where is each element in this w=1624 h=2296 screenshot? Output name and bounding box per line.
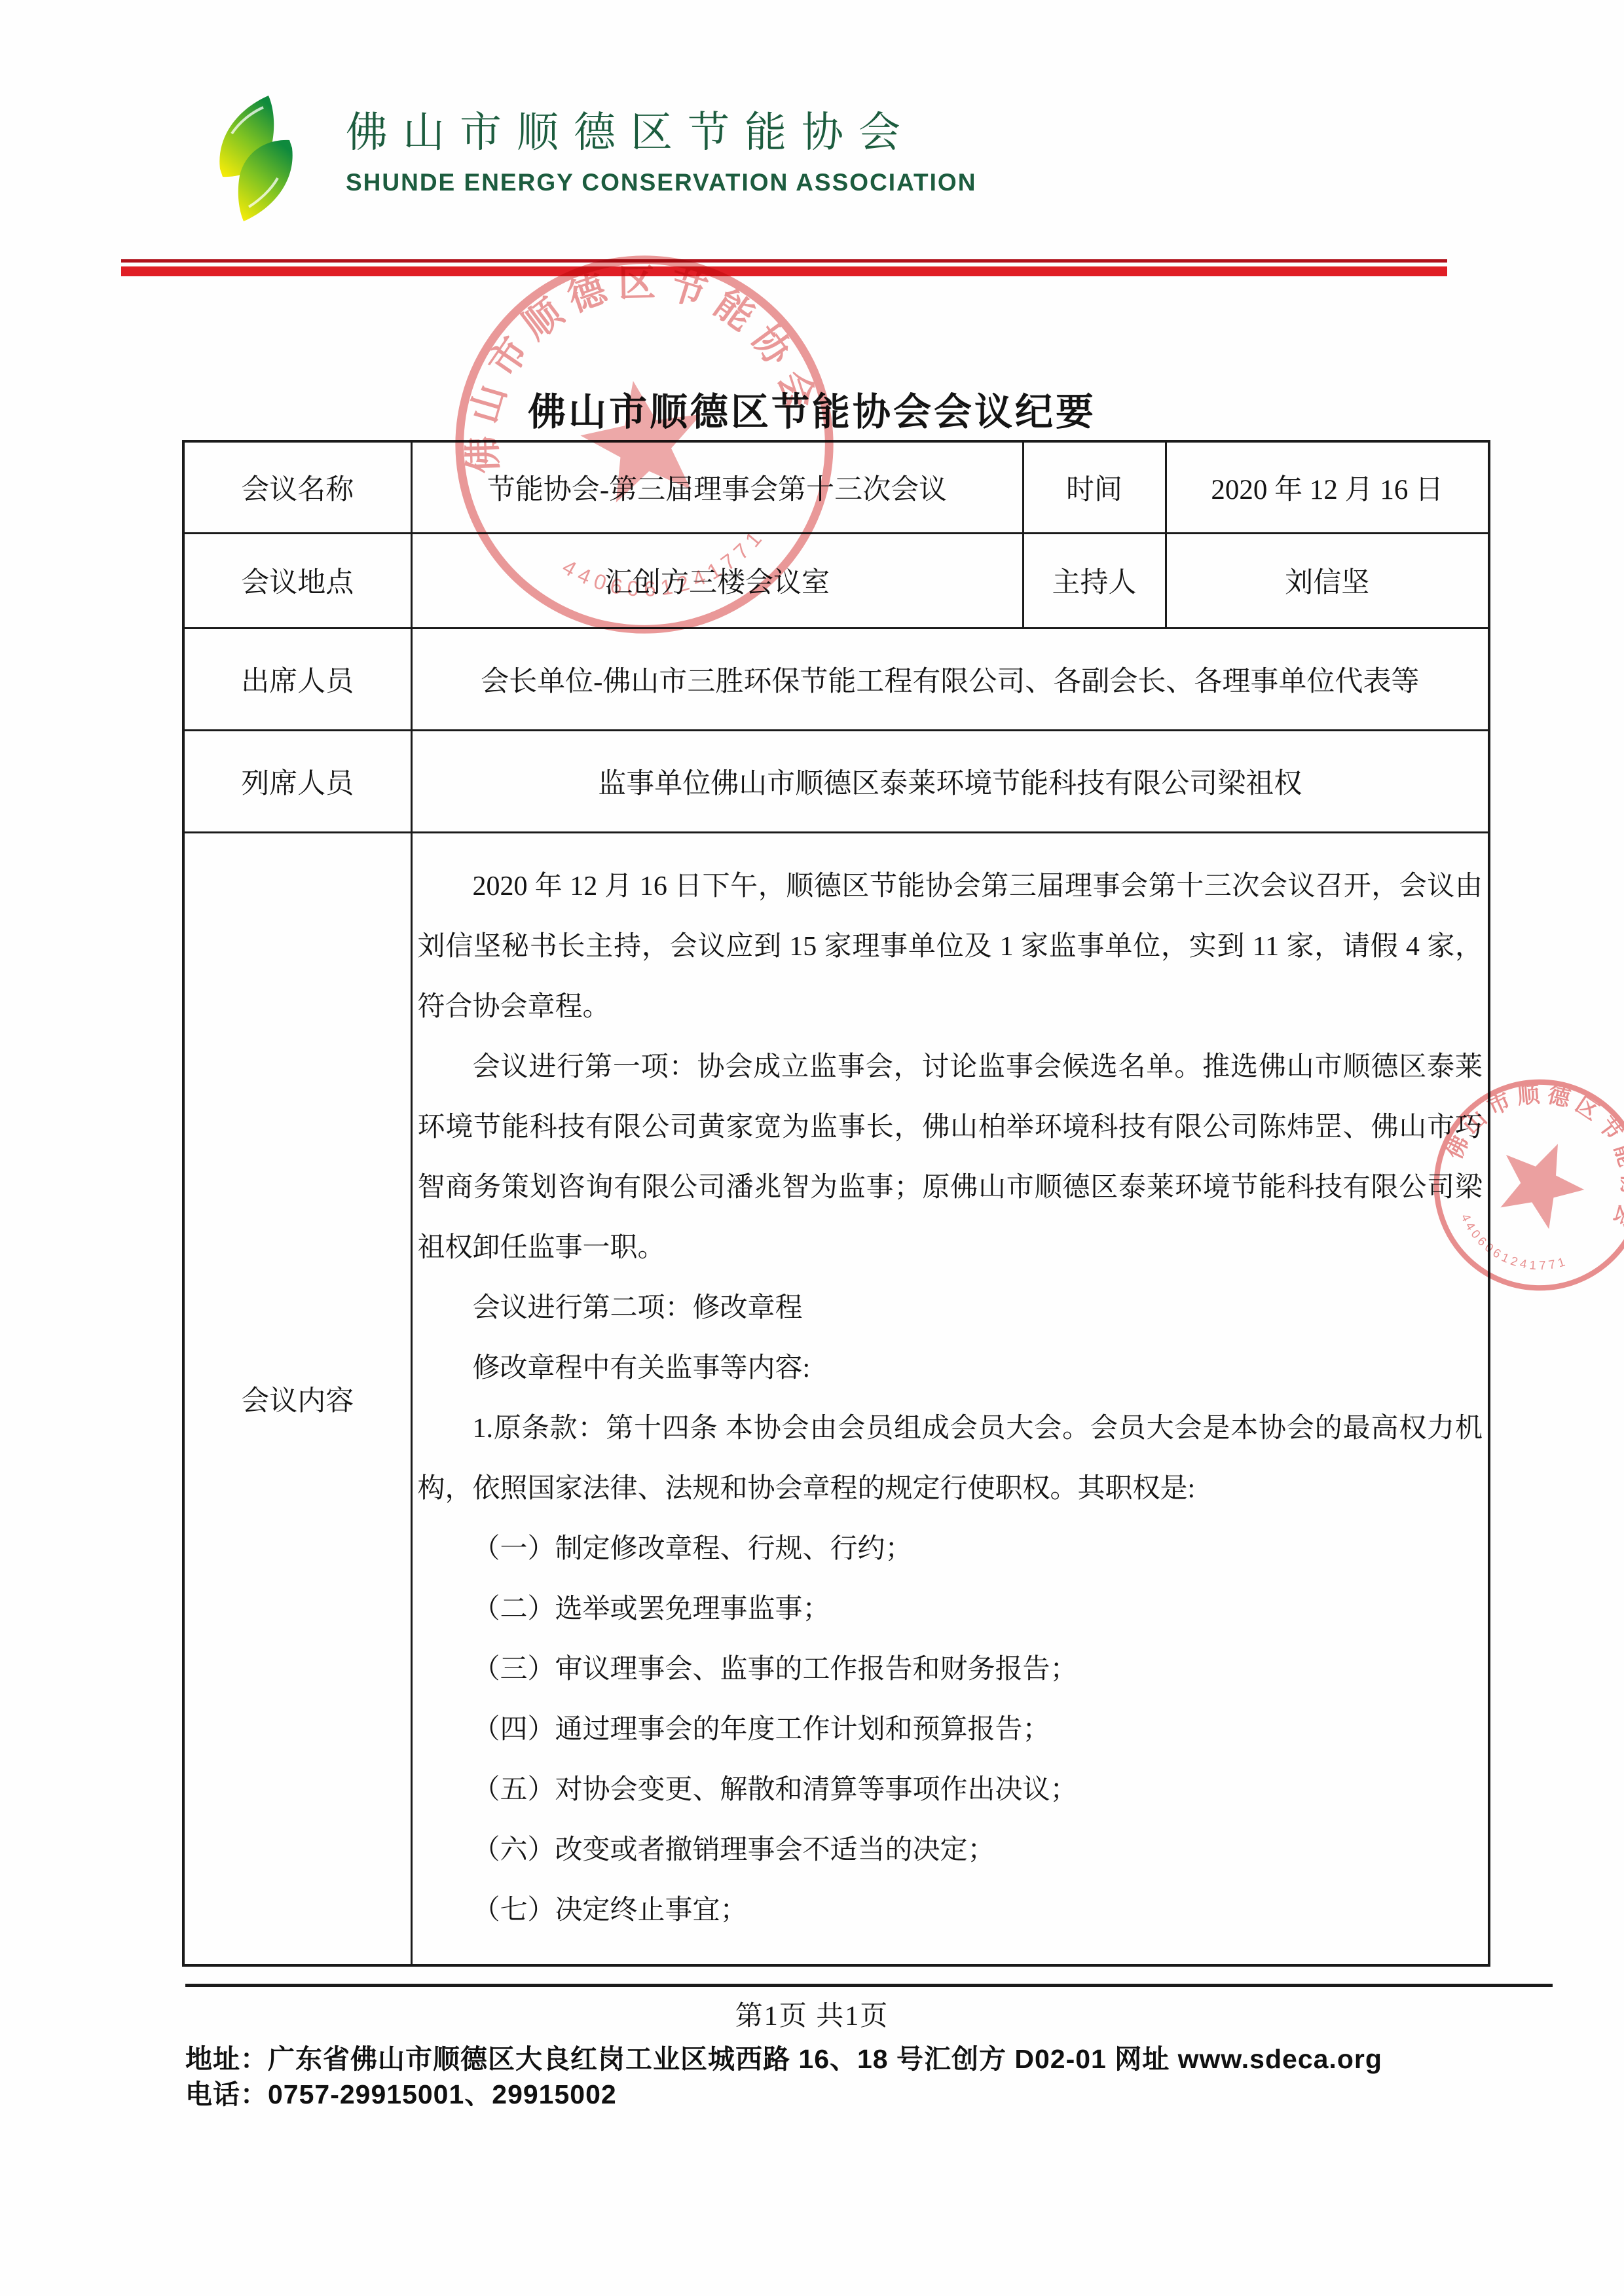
header-divider-thick-line bbox=[121, 266, 1447, 276]
content-paragraph: （四）通过理事会的年度工作计划和预算报告； bbox=[418, 1700, 1483, 1760]
header-divider-thin-line bbox=[121, 259, 1447, 263]
document-title: 佛山市顺德区节能协会会议纪要 bbox=[0, 381, 1624, 436]
table-row: 会议地点 汇创方三楼会议室 主持人 刘信坚 bbox=[183, 533, 1489, 628]
content-paragraph: （二）选举或罢免理事监事； bbox=[418, 1579, 1483, 1639]
table-row: 会议内容 2020 年 12 月 16 日下午，顺德区节能协会第三届理事会第十三… bbox=[183, 832, 1489, 1965]
footer-divider-line bbox=[185, 1984, 1553, 1987]
meeting-minutes-table: 会议名称 节能协会-第三届理事会第十三次会议 时间 2020 年 12 月 16… bbox=[182, 440, 1490, 1967]
meeting-host-label: 主持人 bbox=[1023, 533, 1166, 628]
observers-label: 列席人员 bbox=[183, 730, 411, 832]
meeting-content-cell: 2020 年 12 月 16 日下午，顺德区节能协会第三届理事会第十三次会议召开… bbox=[411, 832, 1489, 1965]
meeting-place-value: 汇创方三楼会议室 bbox=[411, 533, 1023, 628]
letterhead: 佛山市顺德区节能协会 SHUNDE ENERGY CONSERVATION AS… bbox=[346, 106, 976, 196]
meeting-name-label: 会议名称 bbox=[183, 441, 411, 533]
meeting-time-label: 时间 bbox=[1023, 441, 1166, 533]
content-paragraph: 1.原条款：第十四条 本协会由会员组成会员大会。会员大会是本协会的最高权力机构，… bbox=[418, 1398, 1483, 1519]
content-paragraph: 会议进行第二项：修改章程 bbox=[418, 1278, 1483, 1338]
attendees-value: 会长单位-佛山市三胜环保节能工程有限公司、各副会长、各理事单位代表等 bbox=[411, 628, 1489, 730]
page-number: 第1页 共1页 bbox=[0, 1994, 1624, 2033]
org-name-english: SHUNDE ENERGY CONSERVATION ASSOCIATION bbox=[346, 169, 976, 196]
table-row: 出席人员 会长单位-佛山市三胜环保节能工程有限公司、各副会长、各理事单位代表等 bbox=[183, 628, 1489, 730]
content-paragraph: （五）对协会变更、解散和清算等事项作出决议； bbox=[418, 1760, 1483, 1820]
meeting-content-label: 会议内容 bbox=[183, 832, 411, 1965]
content-paragraph: （三）审议理事会、监事的工作报告和财务报告； bbox=[418, 1639, 1483, 1700]
meeting-content-paragraphs: 2020 年 12 月 16 日下午，顺德区节能协会第三届理事会第十三次会议召开… bbox=[418, 856, 1483, 1941]
org-name-chinese: 佛山市顺德区节能协会 bbox=[346, 106, 976, 160]
content-paragraph: （一）制定修改章程、行规、行约； bbox=[418, 1519, 1483, 1579]
seal-star-icon bbox=[1486, 1127, 1597, 1236]
content-paragraph: 修改章程中有关监事等内容: bbox=[418, 1338, 1483, 1398]
content-paragraph: （六）改变或者撤销理事会不适当的决定； bbox=[418, 1820, 1483, 1880]
meeting-name-value: 节能协会-第三届理事会第十三次会议 bbox=[411, 441, 1023, 533]
content-paragraph: 会议进行第一项：协会成立监事会，讨论监事会候选名单。推选佛山市顺德区泰莱环境节能… bbox=[418, 1037, 1483, 1278]
table-row: 会议名称 节能协会-第三届理事会第十三次会议 时间 2020 年 12 月 16… bbox=[183, 441, 1489, 533]
document-page: 佛山市顺德区节能协会 SHUNDE ENERGY CONSERVATION AS… bbox=[0, 0, 1624, 2296]
content-paragraph: （七）决定终止事宜； bbox=[418, 1880, 1483, 1941]
association-leaf-logo bbox=[200, 96, 312, 221]
table-row: 列席人员 监事单位佛山市顺德区泰莱环境节能科技有限公司梁祖权 bbox=[183, 730, 1489, 832]
observers-value: 监事单位佛山市顺德区泰莱环境节能科技有限公司梁祖权 bbox=[411, 730, 1489, 832]
meeting-place-label: 会议地点 bbox=[183, 533, 411, 628]
meeting-time-value: 2020 年 12 月 16 日 bbox=[1166, 441, 1489, 533]
attendees-label: 出席人员 bbox=[183, 628, 411, 730]
footer-phone: 电话：0757-29915001、29915002 bbox=[185, 2073, 617, 2111]
content-paragraph: 2020 年 12 月 16 日下午，顺德区节能协会第三届理事会第十三次会议召开… bbox=[418, 856, 1483, 1037]
meeting-host-value: 刘信坚 bbox=[1166, 533, 1489, 628]
footer-address: 地址：广东省佛山市顺德区大良红岗工业区城西路 16、18 号汇创方 D02-01… bbox=[185, 2037, 1382, 2076]
